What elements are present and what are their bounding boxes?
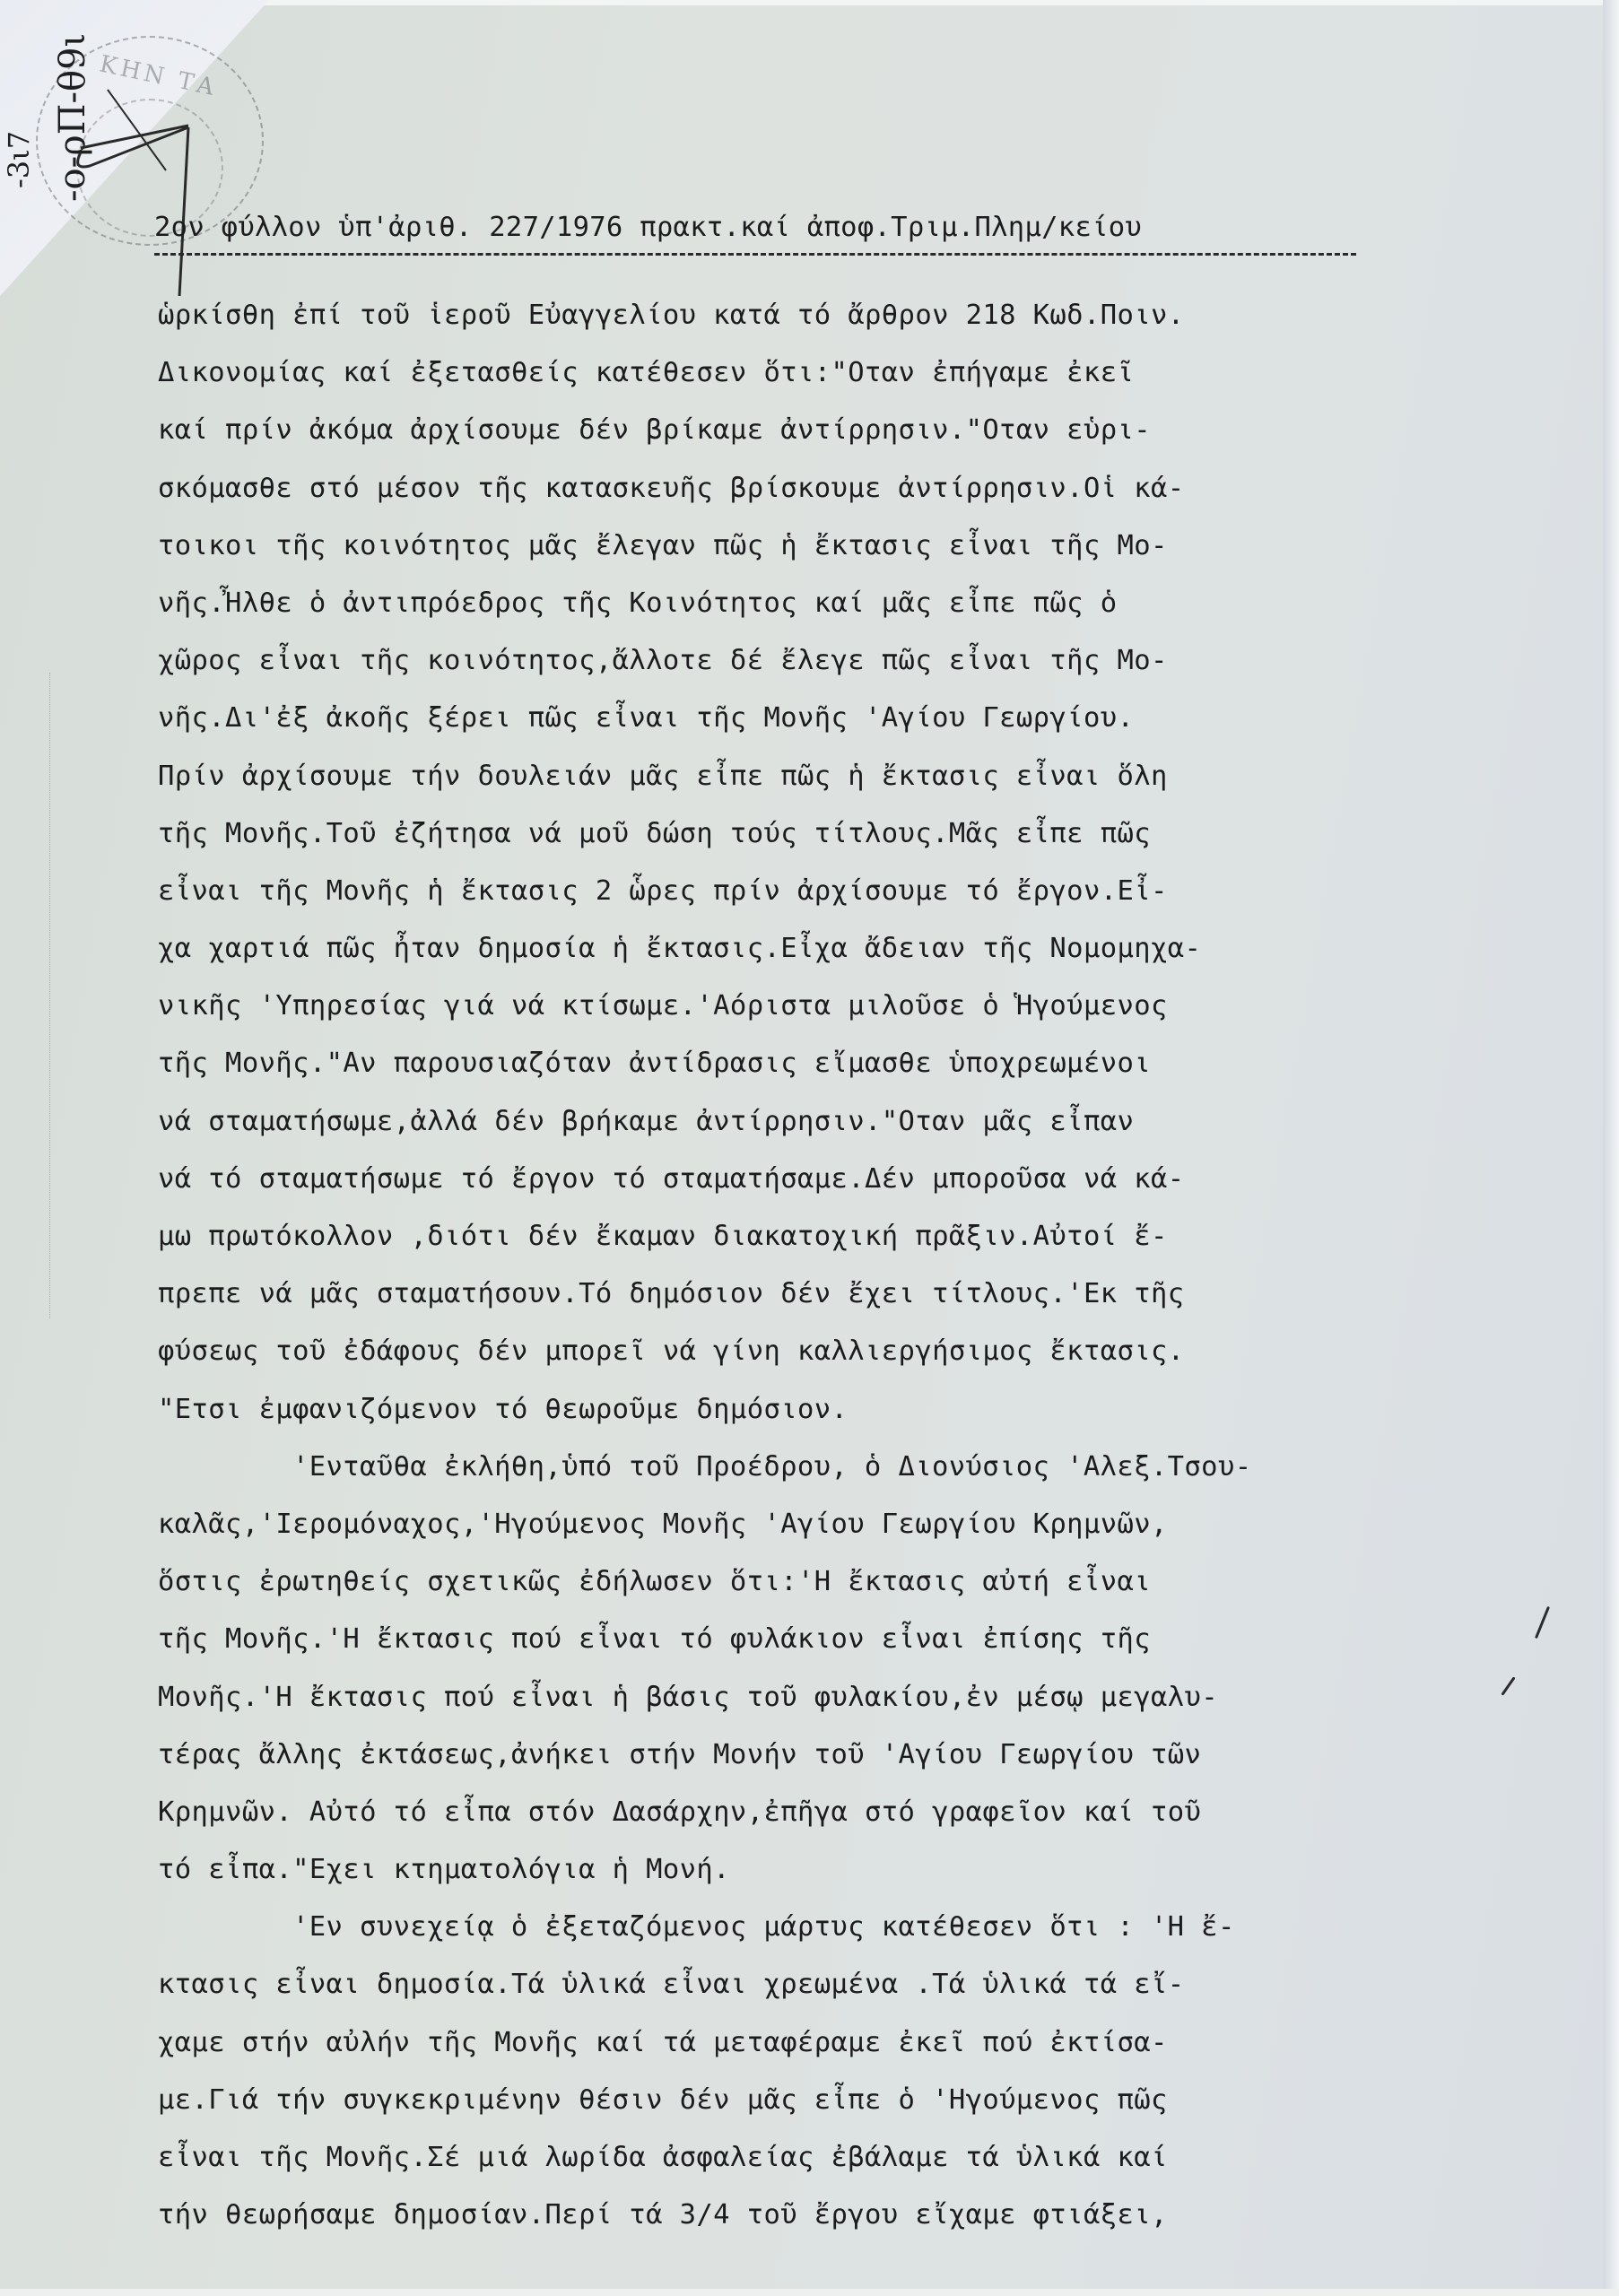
text-line: τῆς Μονῆς.Τοῦ ἐζήτησα νά μοῦ δώση τούς τ…	[158, 805, 1449, 863]
document-header: 2ον φύλλον ὑπ'ἀριθ. 227/1976 πρακτ.καί ἀ…	[154, 212, 1142, 243]
header-underline	[154, 253, 1356, 256]
text-line: "Ετσι ἐμφανιζόμενον τό θεωροῦμε δημόσιον…	[158, 1381, 1449, 1439]
text-line: 'Εν συνεχείᾳ ὁ ἐξεταζόμενος μάρτυς κατέθ…	[158, 1899, 1449, 1956]
page-right-edge	[1603, 0, 1619, 2296]
text-line: τό εἶπα."Εχει κτηματολόγια ἡ Μονή.	[158, 1841, 1449, 1899]
margin-pen-mark	[1501, 1676, 1515, 1695]
text-line: χῶρος εἶναι τῆς κοινότητος,ἄλλοτε δέ ἔλε…	[158, 632, 1449, 690]
text-line: σκόμασθε στό μέσον τῆς κατασκευῆς βρίσκο…	[158, 460, 1449, 517]
text-line: νικῆς 'Υπηρεσίας γιά νά κτίσωμε.'Αόριστα…	[158, 978, 1449, 1035]
document-body: ὡρκίσθη ἐπί τοῦ ἱεροῦ Εὐαγγελίου κατά τό…	[158, 287, 1449, 2244]
text-line: κτασις εἶναι δημοσία.Τά ὑλικά εἶναι χρεω…	[158, 1956, 1449, 2013]
margin-pen-mark	[1535, 1606, 1550, 1639]
text-line: νῆς.Ἦλθε ὁ ἀντιπρόεδρος τῆς Κοινότητος κ…	[158, 575, 1449, 632]
text-line: τέρας ἄλλης ἐκτάσεως,ἀνήκει στήν Μονήν τ…	[158, 1726, 1449, 1784]
text-line: καί πρίν ἀκόμα ἀρχίσουμε δέν βρίκαμε ἀντ…	[158, 402, 1449, 459]
text-line: εἶναι τῆς Μονῆς.Σέ μιά λωρίδα ἀσφαλείας …	[158, 2129, 1449, 2187]
text-line: τῆς Μονῆς.'Η ἔκτασις πού εἶναι τό φυλάκι…	[158, 1611, 1449, 1668]
text-line: νά τό σταματήσωμε τό ἔργον τό σταματήσαμ…	[158, 1151, 1449, 1208]
text-line: χαμε στήν αὐλήν τῆς Μονῆς καί τά μεταφέρ…	[158, 2014, 1449, 2072]
text-line: νά σταματήσωμε,ἀλλά δέν βρήκαμε ἀντίρρησ…	[158, 1093, 1449, 1151]
text-line: Δικονομίας καί ἐξετασθείς κατέθεσεν ὅτι:…	[158, 344, 1449, 402]
text-line: τῆς Μονῆς."Αν παρουσιαζόταν ἀντίδρασις ε…	[158, 1035, 1449, 1092]
page-bottom-edge	[0, 2289, 1619, 2296]
document-page: ΚΗΝ ΤΑ -3ι7 -ο-ρΠ-θ9ι 2ον φύλλον ὑπ'ἀριθ…	[0, 0, 1619, 2296]
text-line: χα χαρτιά πῶς ἦταν δημοσία ἡ ἔκτασις.Εἶχ…	[158, 920, 1449, 978]
text-line: 'Ενταῦθα ἐκλήθη,ὑπό τοῦ Προέδρου, ὁ Διον…	[158, 1439, 1449, 1496]
signature-mark-icon	[54, 81, 269, 296]
text-line: ὅστις ἐρωτηθείς σχετικῶς ἐδήλωσεν ὅτι:'Η…	[158, 1553, 1449, 1611]
text-line: Μονῆς.'Η ἔκτασις πού εἶναι ἡ βάσις τοῦ φ…	[158, 1669, 1449, 1726]
text-line: φύσεως τοῦ ἐδάφους δέν μπορεῖ νά γίνη κα…	[158, 1323, 1449, 1380]
margin-note-number: -3ι7	[2, 131, 36, 188]
text-line: νῆς.Δι'ἐξ ἀκοῆς ξέρει πῶς εἶναι τῆς Μονῆ…	[158, 690, 1449, 747]
text-line: τοικοι τῆς κοινότητος μᾶς ἔλεγαν πῶς ἡ ἔ…	[158, 517, 1449, 575]
text-line: εἶναι τῆς Μονῆς ἡ ἔκτασις 2 ὧρες πρίν ἀρ…	[158, 863, 1449, 920]
text-line: Κρημνῶν. Αὐτό τό εἶπα στόν Δασάρχην,ἐπῆγ…	[158, 1784, 1449, 1841]
text-line: ὡρκίσθη ἐπί τοῦ ἱεροῦ Εὐαγγελίου κατά τό…	[158, 287, 1449, 344]
text-line: μω πρωτόκολλον ,διότι δέν ἔκαμαν διακατο…	[158, 1208, 1449, 1265]
text-line: με.Γιά τήν συγκεκριμένην θέσιν δέν μᾶς ε…	[158, 2072, 1449, 2129]
margin-guide	[49, 673, 50, 1318]
text-line: καλᾶς,'Ιερομόναχος,'Ηγούμενος Μονῆς 'Αγί…	[158, 1496, 1449, 1553]
text-line: πρεπε νά μᾶς σταματήσουν.Τό δημόσιον δέν…	[158, 1265, 1449, 1323]
text-line: Πρίν ἀρχίσουμε τήν δουλειάν μᾶς εἶπε πῶς…	[158, 748, 1449, 805]
text-line: τήν θεωρήσαμε δημοσίαν.Περί τά 3/4 τοῦ ἔ…	[158, 2187, 1449, 2244]
